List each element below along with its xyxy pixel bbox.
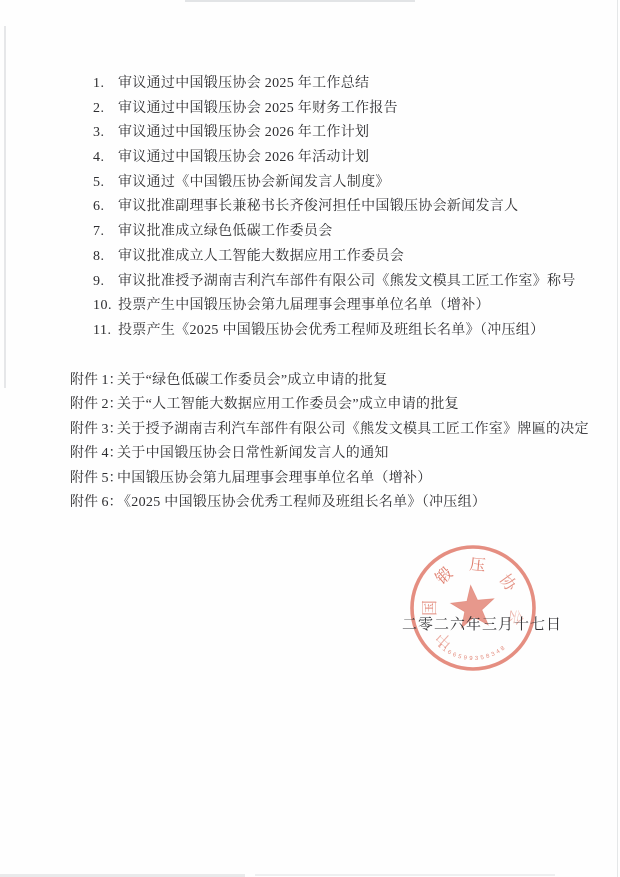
list-text: 审议通过中国锻压协会 2026 年活动计划 (118, 146, 369, 171)
list-number: 10. (93, 294, 118, 319)
attachment-text: 关于“人工智能大数据应用工作委员会”成立申请的批复 (117, 393, 459, 417)
list-number: 9. (93, 270, 118, 295)
seal-org-char: 协 (496, 571, 521, 595)
attachment-label: 附件 1： (70, 369, 117, 393)
scan-artifact-right-line (617, 0, 618, 877)
list-number: 8. (93, 245, 118, 270)
attachment-label: 附件 2： (70, 393, 117, 417)
list-item: 7. 审议批准成立绿色低碳工作委员会 (93, 220, 573, 245)
list-text: 审议通过《中国锻压协会新闻发言人制度》 (118, 171, 390, 196)
attachment-text: 关于授予湖南吉利汽车部件有限公司《熊发文模具工匠工作室》牌匾的决定 (117, 418, 589, 442)
attachment-item: 附件 3： 关于授予湖南吉利汽车部件有限公司《熊发文模具工匠工作室》牌匾的决定 (70, 418, 590, 442)
list-item: 6. 审议批准副理事长兼秘书长齐俊河担任中国锻压协会新闻发言人 (93, 195, 573, 220)
list-text: 审议批准副理事长兼秘书长齐俊河担任中国锻压协会新闻发言人 (118, 195, 518, 220)
attachment-label: 附件 4： (70, 442, 117, 466)
list-item: 5. 审议通过《中国锻压协会新闻发言人制度》 (93, 171, 573, 196)
list-text: 审议通过中国锻压协会 2026 年工作计划 (118, 121, 369, 146)
seal-org-char: 压 (469, 555, 487, 575)
list-item: 11. 投票产生《2025 中国锻压协会优秀工程师及班组长名单》（冲压组） (93, 319, 573, 344)
scan-artifact-bottom-smudge (255, 874, 555, 876)
attachment-text: 《2025 中国锻压协会优秀工程师及班组长名单》（冲压组） (117, 491, 486, 515)
attachment-item: 附件 4： 关于中国锻压协会日常性新闻发言人的通知 (70, 442, 590, 466)
list-item: 10. 投票产生中国锻压协会第九届理事会理事单位名单（增补） (93, 294, 573, 319)
list-number: 1. (93, 72, 118, 97)
scan-artifact-left-line (4, 26, 6, 388)
list-item: 8. 审议批准成立人工智能大数据应用工作委员会 (93, 245, 573, 270)
official-seal: 中 国 锻 压 协 会 1166599358348 (406, 541, 540, 675)
list-text: 投票产生《2025 中国锻压协会优秀工程师及班组长名单》（冲压组） (118, 319, 544, 344)
list-item: 4. 审议通过中国锻压协会 2026 年活动计划 (93, 146, 573, 171)
seal-org-char: 锻 (432, 563, 457, 588)
resolutions-list: 1. 审议通过中国锻压协会 2025 年工作总结 2. 审议通过中国锻压协会 2… (93, 72, 573, 344)
scan-artifact-top-smudge (185, 0, 415, 2)
document-page: 1. 审议通过中国锻压协会 2025 年工作总结 2. 审议通过中国锻压协会 2… (0, 0, 620, 877)
list-text: 审议通过中国锻压协会 2025 年工作总结 (118, 72, 369, 97)
attachment-text: 关于“绿色低碳工作委员会”成立申请的批复 (117, 369, 387, 393)
list-item: 1. 审议通过中国锻压协会 2025 年工作总结 (93, 72, 573, 97)
attachment-label: 附件 6： (70, 491, 117, 515)
attachment-text: 中国锻压协会第九届理事会理事单位名单（增补） (117, 467, 432, 491)
list-number: 3. (93, 121, 118, 146)
list-item: 2. 审议通过中国锻压协会 2025 年财务工作报告 (93, 97, 573, 122)
list-text: 审议批准成立绿色低碳工作委员会 (118, 220, 333, 245)
attachment-label: 附件 3： (70, 418, 117, 442)
list-text: 审议通过中国锻压协会 2025 年财务工作报告 (118, 97, 398, 122)
attachment-text: 关于中国锻压协会日常性新闻发言人的通知 (117, 442, 389, 466)
list-item: 3. 审议通过中国锻压协会 2026 年工作计划 (93, 121, 573, 146)
list-number: 4. (93, 146, 118, 171)
attachment-label: 附件 5： (70, 467, 117, 491)
list-number: 6. (93, 195, 118, 220)
list-text: 审议批准授予湖南吉利汽车部件有限公司《熊发文模具工匠工作室》称号 (118, 270, 576, 295)
attachment-item: 附件 2： 关于“人工智能大数据应用工作委员会”成立申请的批复 (70, 393, 590, 417)
list-text: 投票产生中国锻压协会第九届理事会理事单位名单（增补） (118, 294, 490, 319)
attachment-item: 附件 6： 《2025 中国锻压协会优秀工程师及班组长名单》（冲压组） (70, 491, 590, 515)
attachments-list: 附件 1： 关于“绿色低碳工作委员会”成立申请的批复 附件 2： 关于“人工智能… (70, 369, 590, 515)
list-number: 7. (93, 220, 118, 245)
seal-graphic: 中 国 锻 压 协 会 1166599358348 (406, 541, 540, 675)
attachment-item: 附件 1： 关于“绿色低碳工作委员会”成立申请的批复 (70, 369, 590, 393)
document-date: 二零二六年三月十七日 (402, 613, 562, 634)
attachment-item: 附件 5： 中国锻压协会第九届理事会理事单位名单（增补） (70, 467, 590, 491)
list-text: 审议批准成立人工智能大数据应用工作委员会 (118, 245, 404, 270)
list-item: 9. 审议批准授予湖南吉利汽车部件有限公司《熊发文模具工匠工作室》称号 (93, 270, 573, 295)
list-number: 5. (93, 171, 118, 196)
list-number: 11. (93, 319, 118, 344)
list-number: 2. (93, 97, 118, 122)
